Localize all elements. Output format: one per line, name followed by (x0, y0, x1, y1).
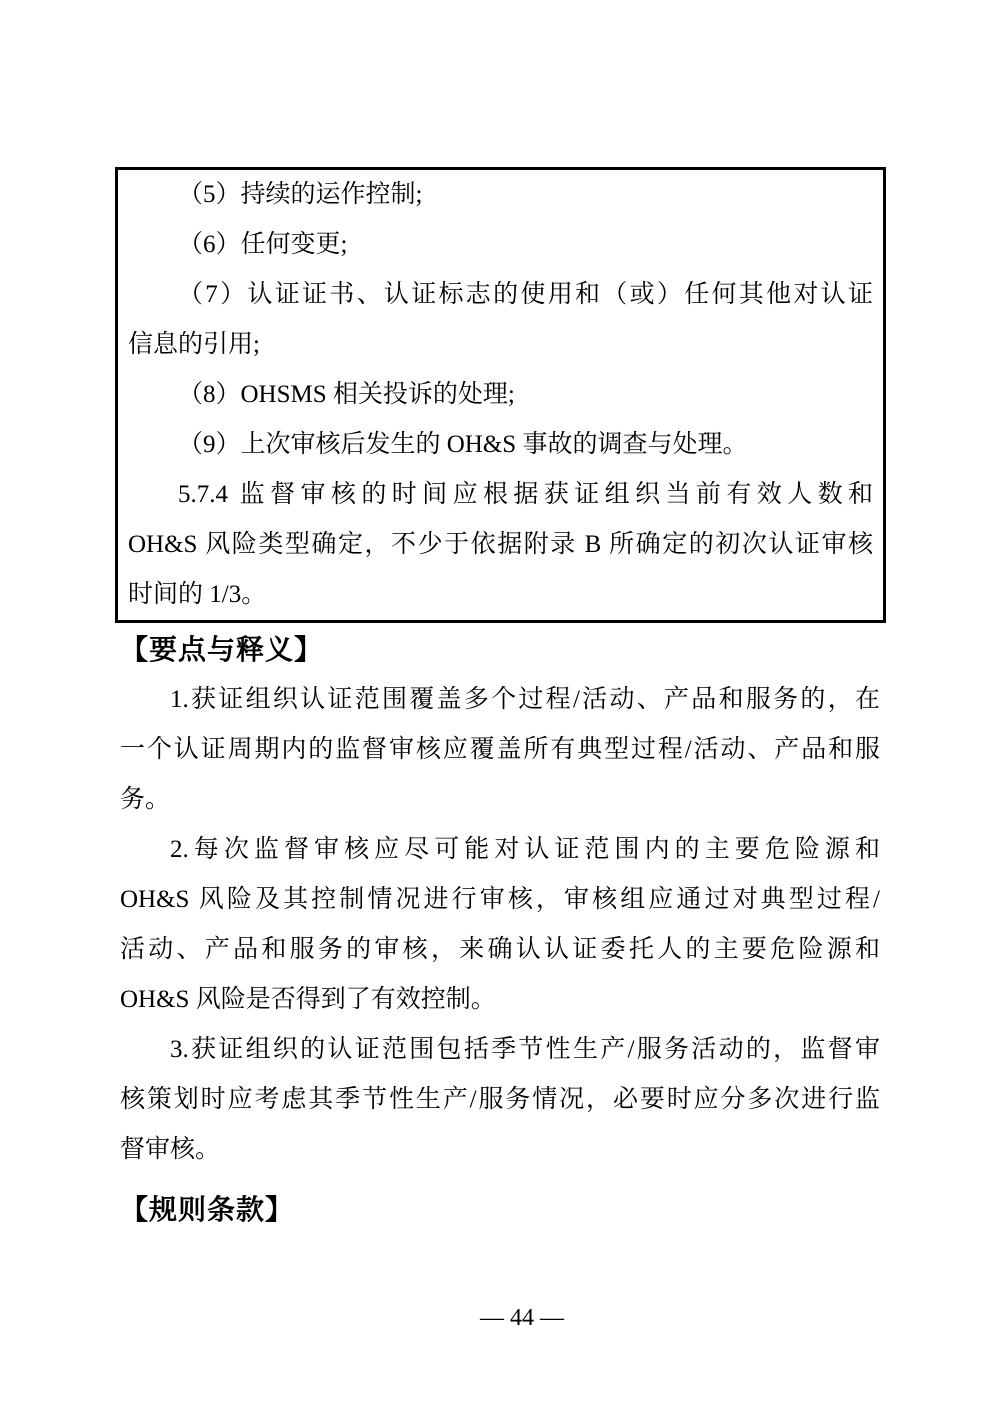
page-footer: — 44 — (0, 1300, 1000, 1336)
key-points-paragraph-3: 3.获证组织的认证范围包括季节性生产/服务活动的，监督审 核策划时应考虑其季节性… (120, 1025, 880, 1175)
text-line: 一个认证周期内的监督审核应覆盖所有典型过程/活动、产品和服 (120, 725, 880, 775)
section-heading-rule-clauses: 【规则条款】 (120, 1185, 880, 1235)
box-clause-574: 5.7.4 监督审核的时间应根据获证组织当前有效人数和 OH&S 风险类型确定，… (128, 470, 873, 620)
text-line: 务。 (120, 775, 880, 825)
text-line: OH&S 风险及其控制情况进行审核，审核组应通过对典型过程/ (120, 875, 880, 925)
text-line: （5）持续的运作控制; (128, 170, 873, 220)
document-page: （5）持续的运作控制; （6）任何变更; （7）认证证书、认证标志的使用和（或）… (0, 0, 1000, 1414)
text-line: 1.获证组织认证范围覆盖多个过程/活动、产品和服务的，在 (120, 675, 880, 725)
key-points-paragraph-2: 2.每次监督审核应尽可能对认证范围内的主要危险源和 OH&S 风险及其控制情况进… (120, 825, 880, 1025)
text-line: 督审核。 (120, 1125, 880, 1175)
text-line: （8）OHSMS 相关投诉的处理; (128, 370, 873, 420)
box-item-6: （6）任何变更; (128, 220, 873, 270)
text-line: OH&S 风险是否得到了有效控制。 (120, 975, 880, 1025)
text-line: 5.7.4 监督审核的时间应根据获证组织当前有效人数和 (128, 470, 873, 520)
text-line: 信息的引用; (128, 320, 873, 370)
text-line: （9）上次审核后发生的 OH&S 事故的调查与处理。 (128, 420, 873, 470)
text-line: 3.获证组织的认证范围包括季节性生产/服务活动的，监督审 (120, 1025, 880, 1075)
box-item-9: （9）上次审核后发生的 OH&S 事故的调查与处理。 (128, 420, 873, 470)
box-item-7: （7）认证证书、认证标志的使用和（或）任何其他对认证 信息的引用; (128, 270, 873, 370)
text-line: 活动、产品和服务的审核，来确认认证委托人的主要危险源和 (120, 925, 880, 975)
text-line: 2.每次监督审核应尽可能对认证范围内的主要危险源和 (120, 825, 880, 875)
text-line: （6）任何变更; (128, 220, 873, 270)
text-line: OH&S 风险类型确定，不少于依据附录 B 所确定的初次认证审核 (128, 520, 873, 570)
main-content: 【要点与释义】 1.获证组织认证范围覆盖多个过程/活动、产品和服务的，在 一个认… (120, 625, 880, 1235)
rule-text-box: （5）持续的运作控制; （6）任何变更; （7）认证证书、认证标志的使用和（或）… (115, 167, 886, 623)
key-points-paragraph-1: 1.获证组织认证范围覆盖多个过程/活动、产品和服务的，在 一个认证周期内的监督审… (120, 675, 880, 825)
box-item-5: （5）持续的运作控制; (128, 170, 873, 220)
text-line: 时间的 1/3。 (128, 570, 873, 620)
text-line: （7）认证证书、认证标志的使用和（或）任何其他对认证 (128, 270, 873, 320)
section-heading-key-points: 【要点与释义】 (120, 625, 880, 675)
page-number: — 44 — (480, 1305, 564, 1331)
box-item-8: （8）OHSMS 相关投诉的处理; (128, 370, 873, 420)
text-line: 核策划时应考虑其季节性生产/服务情况，必要时应分多次进行监 (120, 1075, 880, 1125)
